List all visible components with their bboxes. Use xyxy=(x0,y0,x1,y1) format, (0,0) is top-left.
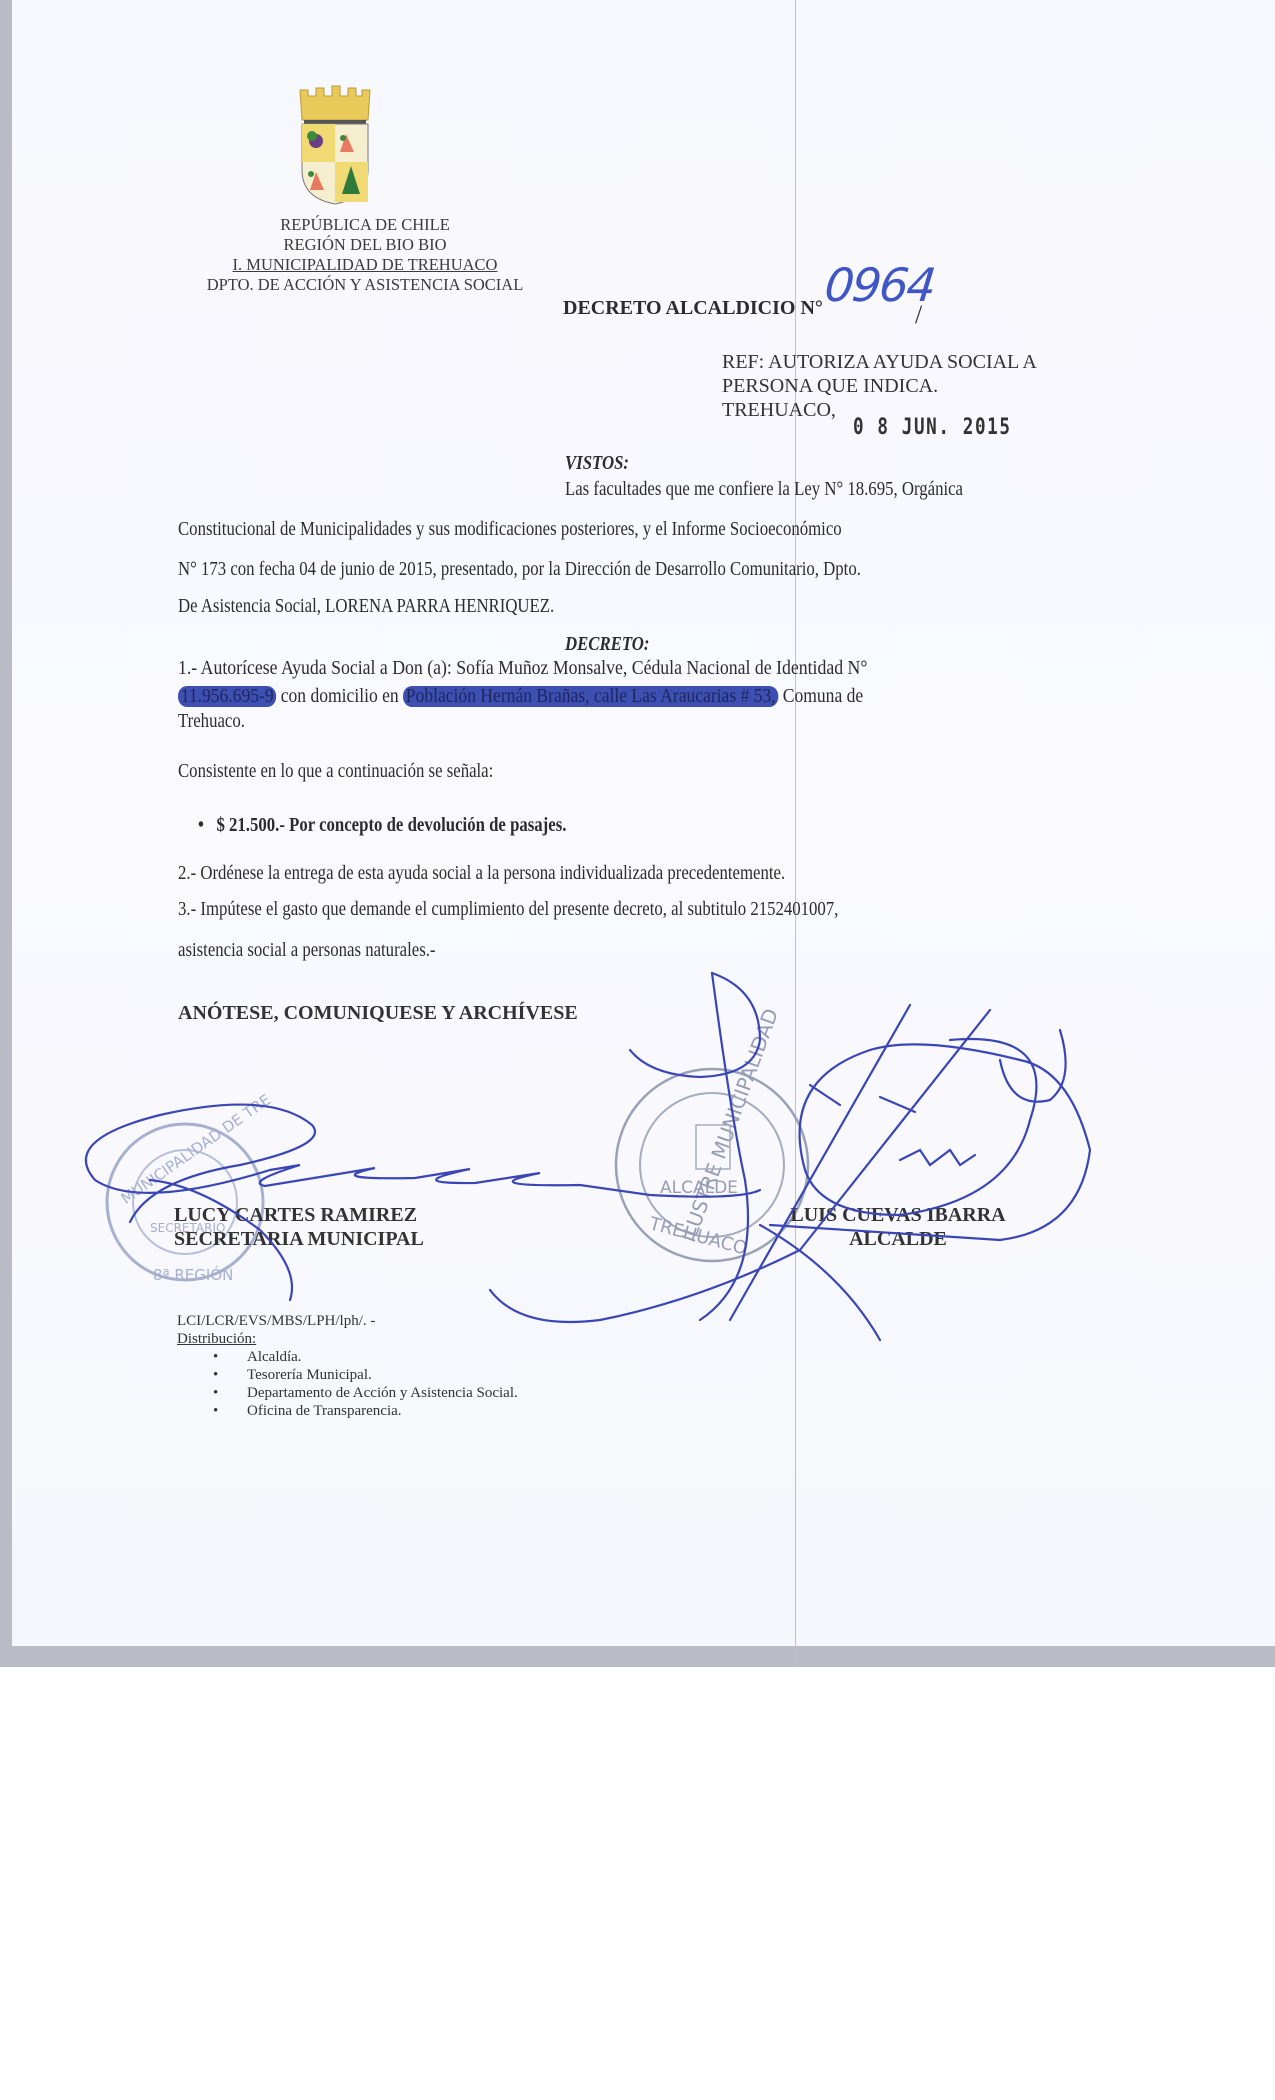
footer: LCI/LCR/EVS/MBS/LPH/lph/. - Distribución… xyxy=(177,1312,518,1420)
distribution-list: Alcaldía. Tesorería Municipal. Departame… xyxy=(177,1348,518,1420)
distribution-item: Tesorería Municipal. xyxy=(247,1366,518,1384)
distribution-item: Alcaldía. xyxy=(247,1348,518,1366)
distribution-item: Departamento de Acción y Asistencia Soci… xyxy=(247,1384,518,1402)
distribution-item: Oficina de Transparencia. xyxy=(247,1402,518,1420)
distribution-label: Distribución: xyxy=(177,1330,518,1348)
initials: LCI/LCR/EVS/MBS/LPH/lph/. - xyxy=(177,1312,518,1330)
